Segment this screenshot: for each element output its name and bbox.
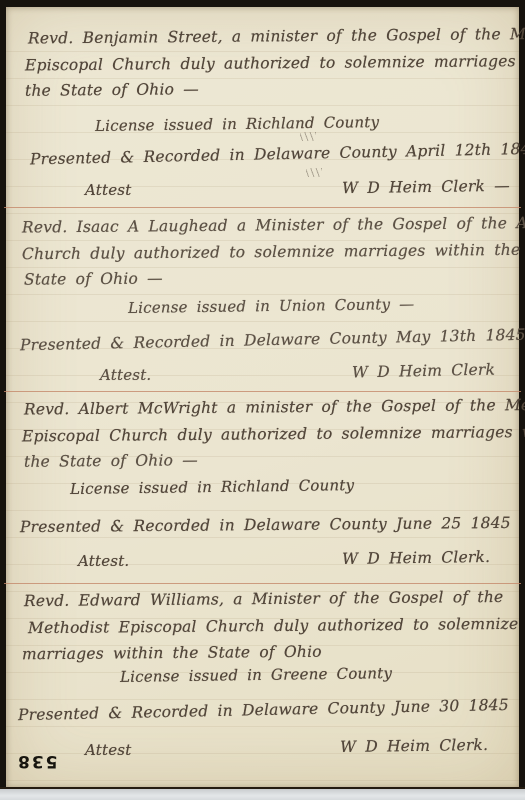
- clerk-signature: W D Heim Clerk: [352, 361, 495, 382]
- next-page-edge: [0, 787, 525, 800]
- entry-body-line: the State of Ohio —: [25, 80, 199, 100]
- attest-label: Attest.: [78, 552, 129, 570]
- attest-label: Attest.: [100, 366, 151, 384]
- pencil-mark: [306, 168, 322, 177]
- clerk-signature: W D Heim Clerk —: [342, 177, 510, 197]
- page-number-upside-down: 538: [16, 751, 58, 771]
- clerk-signature: W D Heim Clerk.: [340, 736, 488, 756]
- clerk-signature: W D Heim Clerk.: [342, 548, 490, 568]
- entry-body-line: the State of Ohio —: [24, 451, 198, 471]
- entry-body-line: State of Ohio —: [24, 269, 163, 288]
- scanned-ledger-page: Revd. Benjamin Street, a minister of the…: [0, 0, 525, 800]
- section-divider-line: [4, 391, 521, 392]
- pencil-mark: [300, 132, 316, 141]
- attest-label: Attest: [85, 181, 131, 199]
- section-divider-line: [4, 207, 521, 208]
- section-divider-line: [4, 583, 521, 584]
- entry-body-line: marriages within the State of Ohio: [22, 643, 322, 664]
- license-line: License issued in Greene County: [120, 664, 392, 686]
- attest-label: Attest: [85, 741, 131, 759]
